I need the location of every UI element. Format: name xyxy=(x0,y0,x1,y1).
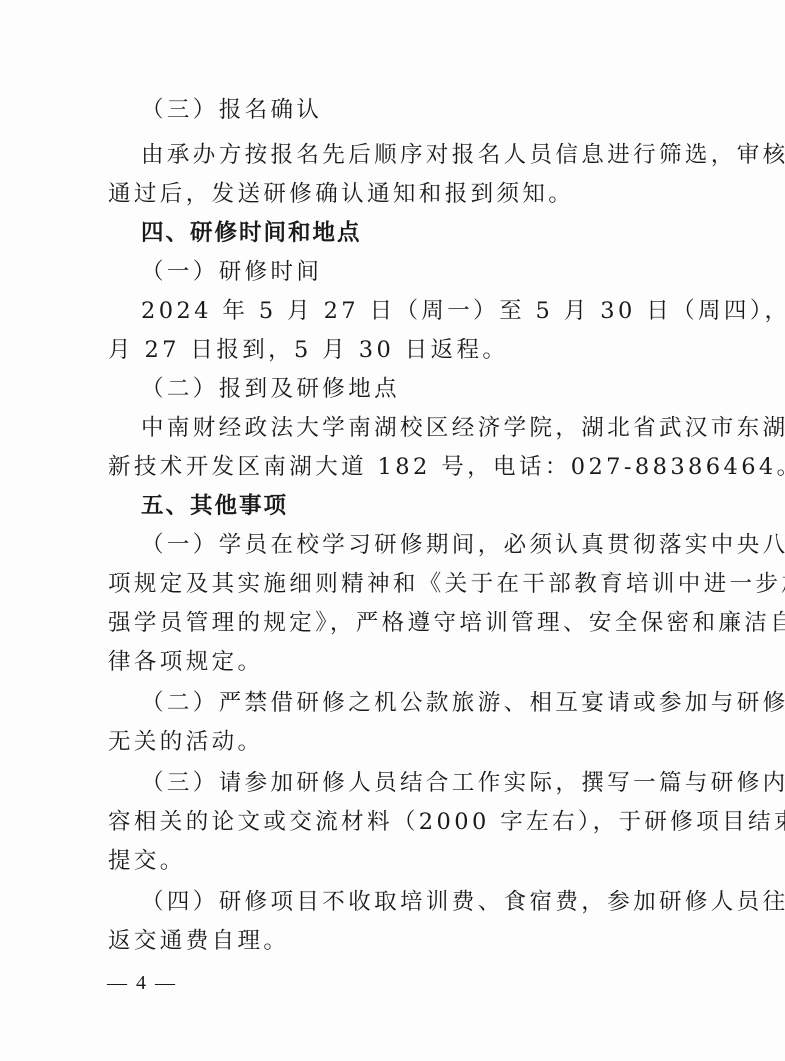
subsection-title-training-time: （一）研修时间 xyxy=(141,257,676,287)
paragraph-line: （一）学员在校学习研修期间，必须认真贯彻落实中央八 xyxy=(141,530,676,560)
paragraph-line: 中南财经政法大学南湖校区经济学院，湖北省武汉市东湖 xyxy=(141,413,676,443)
paragraph-line: 由承办方按报名先后顺序对报名人员信息进行筛选，审核 xyxy=(141,140,676,170)
section-heading-other-matters: 五、其他事项 xyxy=(141,491,676,521)
paragraph-line: （二）严禁借研修之机公款旅游、相互宴请或参加与研修 xyxy=(141,688,676,718)
paragraph-line: 月 27 日报到，5 月 30 日返程。 xyxy=(108,335,676,365)
paragraph-line: 容相关的论文或交流材料（2000 字左右），于研修项目结束前 xyxy=(108,807,676,837)
paragraph-line: 律各项规定。 xyxy=(108,647,676,677)
subsection-title-registration-confirmation: （三）报名确认 xyxy=(141,95,676,125)
paragraph-line: 通过后，发送研修确认通知和报到须知。 xyxy=(108,179,676,209)
paragraph-line: 提交。 xyxy=(108,846,676,876)
subsection-title-training-location: （二）报到及研修地点 xyxy=(141,374,676,404)
paragraph-line: 2024 年 5 月 27 日（周一）至 5 月 30 日（周四），其中 5 xyxy=(141,296,676,326)
paragraph-line: 新技术开发区南湖大道 182 号，电话：027-88386464。 xyxy=(108,452,676,482)
paragraph-line: 无关的活动。 xyxy=(108,727,676,757)
paragraph-line: 强学员管理的规定》，严格遵守培训管理、安全保密和廉洁自 xyxy=(108,608,676,638)
paragraph-line: 返交通费自理。 xyxy=(108,926,676,956)
paragraph-line: 项规定及其实施细则精神和《关于在干部教育培训中进一步加 xyxy=(108,569,676,599)
paragraph-line: （四）研修项目不收取培训费、食宿费，参加研修人员往 xyxy=(141,887,676,917)
paragraph-line: （三）请参加研修人员结合工作实际，撰写一篇与研修内 xyxy=(141,768,676,798)
section-heading-time-and-place: 四、研修时间和地点 xyxy=(141,218,676,248)
document-page: （三）报名确认 由承办方按报名先后顺序对报名人员信息进行筛选，审核 通过后，发送… xyxy=(0,0,785,1061)
page-number: — 4 — xyxy=(107,970,177,996)
